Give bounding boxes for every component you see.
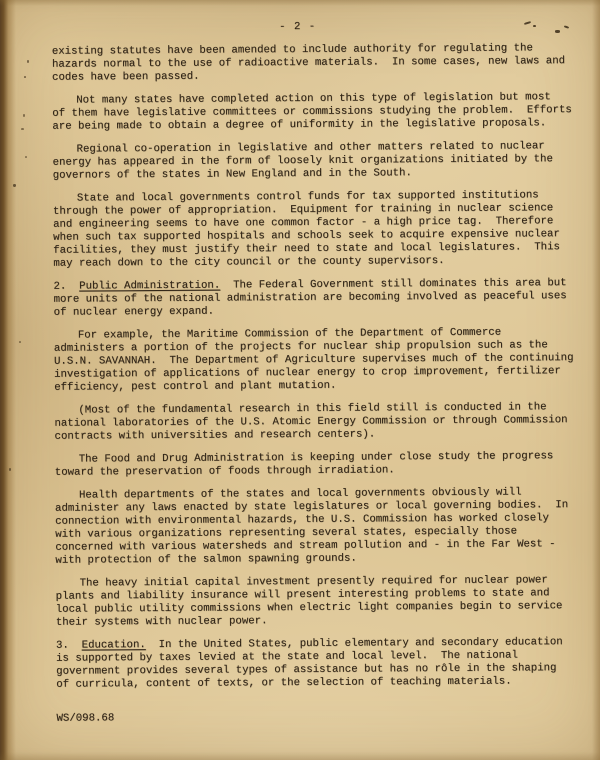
paragraph: State and local governments control fund… (53, 189, 582, 271)
document-page: - 2 - existing statutes have been amende… (0, 0, 600, 760)
paragraph: Health departments of the states and loc… (55, 486, 584, 568)
typewritten-layer: - 2 - existing statutes have been amende… (0, 0, 600, 760)
section-number: 2. (53, 281, 66, 293)
paragraph: The heavy initial capital investment pre… (56, 574, 584, 630)
numbered-section: 3. Education. In the United States, publ… (56, 636, 584, 692)
paragraph: For example, the Maritime Commission of … (54, 326, 582, 395)
section-number: 3. (56, 640, 69, 652)
section-heading: Public Administration. (79, 280, 220, 293)
paragraph: The Food and Drug Administration is keep… (55, 450, 583, 480)
paragraph: (Most of the fundamental research in thi… (54, 401, 582, 444)
paragraph: Not many states have completed action on… (52, 91, 580, 134)
numbered-section: 2. Public Administration. The Federal Go… (53, 277, 581, 320)
document-body: existing statutes have been amended to i… (52, 42, 585, 702)
footer-reference: WS/098.68 (56, 712, 114, 725)
section-heading: Education. (82, 639, 146, 651)
paragraph: existing statutes have been amended to i… (52, 42, 580, 85)
paragraph: Regional co-operation in legislative and… (52, 140, 580, 183)
page-number: - 2 - (0, 19, 598, 36)
